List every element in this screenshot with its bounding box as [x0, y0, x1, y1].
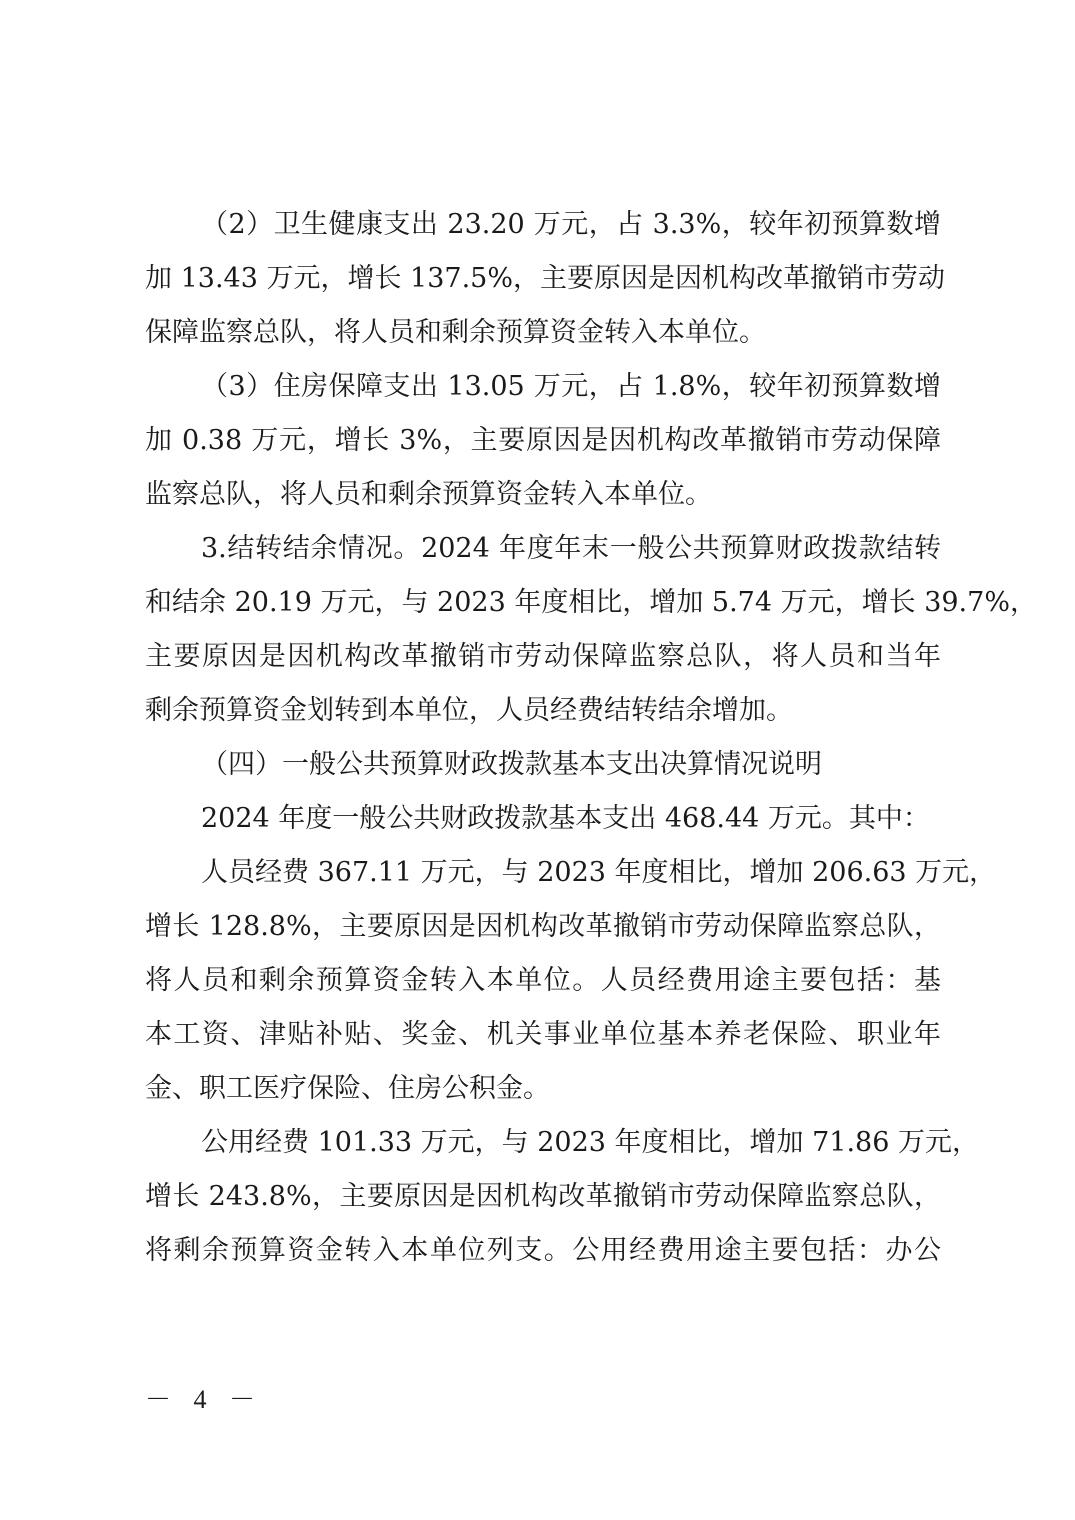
text-line: 和结余 20.19 万元，与 2023 年度相比，增加 5.74 万元，增长 3… — [145, 576, 941, 630]
text-line: 监察总队，将人员和剩余预算资金转入本单位。 — [145, 468, 941, 522]
text-line: （2）卫生健康支出 23.20 万元，占 3.3%，较年初预算数增 — [145, 198, 941, 252]
text-line: 2024 年度一般公共财政拨款基本支出 468.44 万元。其中： — [145, 792, 941, 846]
paragraph-carryover-balance: 3.结转结余情况。2024 年度年末一般公共预算财政拨款结转 和结余 20.19… — [145, 522, 941, 738]
text-line: 将剩余预算资金转入本单位列支。公用经费用途主要包括：办公 — [145, 1224, 941, 1278]
text-line: 增长 128.8%，主要原因是因机构改革撤销市劳动保障监察总队， — [145, 900, 941, 954]
text-line: 主要原因是因机构改革撤销市劳动保障监察总队，将人员和当年 — [145, 630, 941, 684]
text-line: 剩余预算资金划转到本单位，人员经费结转结余增加。 — [145, 684, 941, 738]
section-heading-text: （四）一般公共预算财政拨款基本支出决算情况说明 — [145, 738, 941, 792]
text-line: 人员经费 367.11 万元，与 2023 年度相比，增加 206.63 万元， — [145, 846, 941, 900]
text-line: 保障监察总队，将人员和剩余预算资金转入本单位。 — [145, 306, 941, 360]
paragraph-basic-expenditure-total: 2024 年度一般公共财政拨款基本支出 468.44 万元。其中： — [145, 792, 941, 846]
text-line: 将人员和剩余预算资金转入本单位。人员经费用途主要包括：基 — [145, 954, 941, 1008]
page-number: － 4 － — [145, 1384, 263, 1416]
text-line: 加 0.38 万元，增长 3%，主要原因是因机构改革撤销市劳动保障 — [145, 414, 941, 468]
text-line: 3.结转结余情况。2024 年度年末一般公共预算财政拨款结转 — [145, 522, 941, 576]
text-line: （3）住房保障支出 13.05 万元，占 1.8%，较年初预算数增 — [145, 360, 941, 414]
text-line: 金、职工医疗保险、住房公积金。 — [145, 1062, 941, 1116]
document-page: （2）卫生健康支出 23.20 万元，占 3.3%，较年初预算数增 加 13.4… — [145, 198, 941, 1278]
text-line: 加 13.43 万元，增长 137.5%，主要原因是因机构改革撤销市劳动 — [145, 252, 941, 306]
text-line: 公用经费 101.33 万元，与 2023 年度相比，增加 71.86 万元， — [145, 1116, 941, 1170]
paragraph-personnel-expenses: 人员经费 367.11 万元，与 2023 年度相比，增加 206.63 万元，… — [145, 846, 941, 1116]
paragraph-housing-expenditure: （3）住房保障支出 13.05 万元，占 1.8%，较年初预算数增 加 0.38… — [145, 360, 941, 522]
text-line: 增长 243.8%，主要原因是因机构改革撤销市劳动保障监察总队， — [145, 1170, 941, 1224]
text-line: 本工资、津贴补贴、奖金、机关事业单位基本养老保险、职业年 — [145, 1008, 941, 1062]
paragraph-health-expenditure: （2）卫生健康支出 23.20 万元，占 3.3%，较年初预算数增 加 13.4… — [145, 198, 941, 360]
paragraph-public-expenses: 公用经费 101.33 万元，与 2023 年度相比，增加 71.86 万元， … — [145, 1116, 941, 1278]
section-heading: （四）一般公共预算财政拨款基本支出决算情况说明 — [145, 738, 941, 792]
